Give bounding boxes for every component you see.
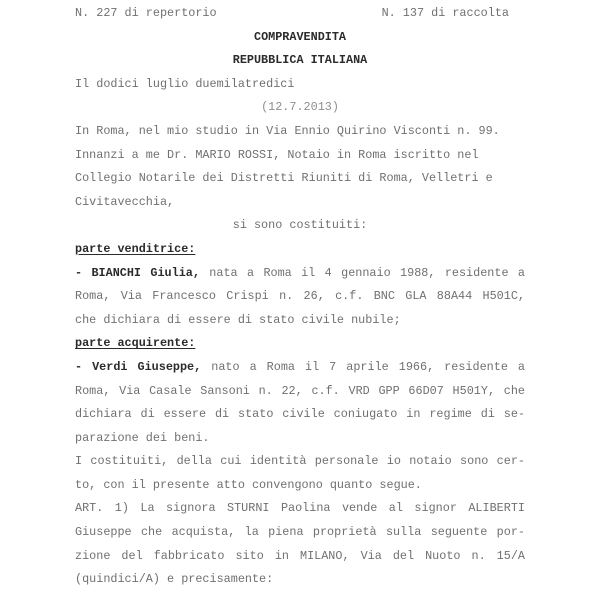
buyer-line-3: dichiara di essere di stato civile coniu…: [75, 403, 525, 427]
article-1-line-1: ART. 1) La signora STURNI Paolina vende …: [75, 497, 525, 521]
buyer-line-4: parazione dei beni.: [75, 427, 525, 451]
article-1-line-2: Giuseppe che acquista, la piena propriet…: [75, 521, 525, 545]
date-numeric: (12.7.2013): [75, 96, 525, 120]
buyer-heading-text: parte acquirente:: [75, 336, 195, 350]
constituted-line: si sono costituiti:: [75, 214, 525, 238]
notary-line-3: Civitavecchia,: [75, 191, 525, 215]
identity-line-1: I costituiti, della cui identità persona…: [75, 450, 525, 474]
location-line: In Roma, nel mio studio in Via Ennio Qui…: [75, 120, 525, 144]
raccolta-number: N. 137 di raccolta: [382, 2, 509, 26]
article-1-line-4: (quindici/A) e precisamente:: [75, 568, 525, 592]
date-in-words: Il dodici luglio duemilatredici: [75, 73, 525, 97]
republic-heading: REPUBBLICA ITALIANA: [75, 49, 525, 73]
notary-line-2: Collegio Notarile dei Distretti Riuniti …: [75, 167, 525, 191]
notary-line-1: Innanzi a me Dr. MARIO ROSSI, Notaio in …: [75, 144, 525, 168]
buyer-section-heading: parte acquirente:: [75, 332, 525, 356]
buyer-name: - Verdi Giuseppe,: [75, 360, 201, 374]
document-title: COMPRAVENDITA: [75, 26, 525, 50]
seller-section-heading: parte venditrice:: [75, 238, 525, 262]
seller-line-2: Roma, Via Francesco Crispi n. 26, c.f. B…: [75, 285, 525, 309]
article-1-line-3: zione del fabbricato sito in MILANO, Via…: [75, 545, 525, 569]
buyer-line-1: - Verdi Giuseppe, nato a Roma il 7 april…: [75, 356, 525, 380]
seller-line-3: che dichiara di essere di stato civile n…: [75, 309, 525, 333]
seller-name: - BIANCHI Giulia,: [75, 266, 200, 280]
notarial-deed-page: N. 227 di repertorio N. 137 di raccolta …: [0, 0, 600, 600]
identity-line-2: to, con il presente atto convengono quan…: [75, 474, 525, 498]
seller-heading-text: parte venditrice:: [75, 242, 195, 256]
repertorio-number: N. 227 di repertorio: [75, 2, 217, 26]
seller-line-1: - BIANCHI Giulia, nata a Roma il 4 genna…: [75, 262, 525, 286]
buyer-line-2: Roma, Via Casale Sansoni n. 22, c.f. VRD…: [75, 380, 525, 404]
buyer-line-1-rest: nato a Roma il 7 aprile 1966, residente …: [201, 360, 525, 374]
document-numbers-row: N. 227 di repertorio N. 137 di raccolta: [75, 2, 525, 26]
seller-line-1-rest: nata a Roma il 4 gennaio 1988, residente…: [200, 266, 525, 280]
